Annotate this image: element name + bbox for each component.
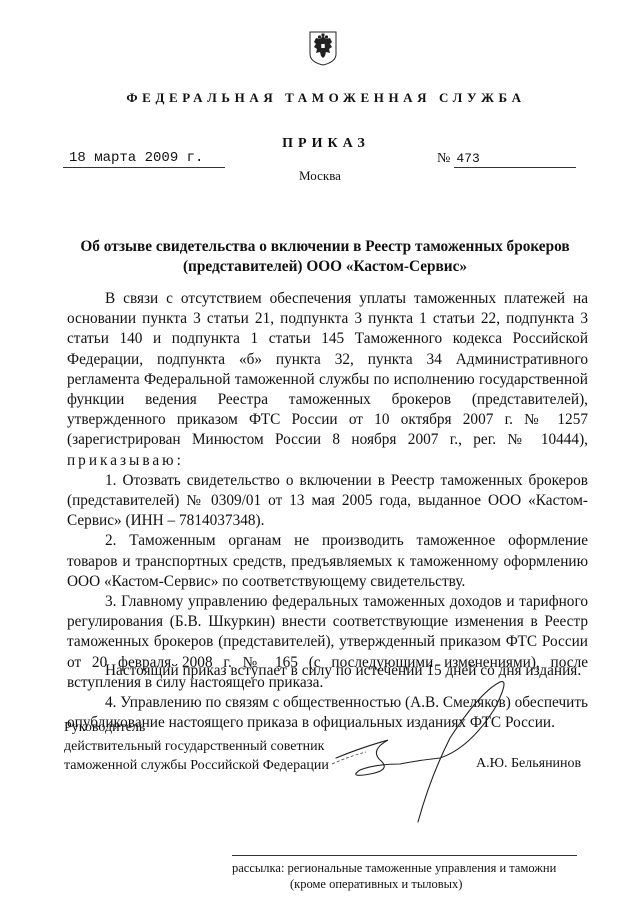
signatory-title-line-1: Руководитель	[64, 718, 329, 737]
order-word: приказываю:	[67, 452, 184, 469]
number-sign: №	[437, 150, 450, 167]
distribution-divider	[232, 855, 577, 856]
order-item-2: 2. Таможенным органам не производить там…	[67, 531, 588, 592]
agency-name: ФЕДЕРАЛЬНАЯ ТАМОЖЕННАЯ СЛУЖБА	[0, 90, 640, 106]
distribution-line-2: (кроме оперативных и тыловых)	[232, 876, 556, 892]
handwritten-signature-icon	[330, 678, 540, 828]
distribution-line-1: рассылка: региональные таможенные управл…	[232, 860, 556, 876]
order-subject: Об отзыве свидетельства о включении в Ре…	[60, 237, 590, 277]
city: Москва	[0, 168, 640, 184]
distribution-list: рассылка: региональные таможенные управл…	[232, 860, 556, 892]
subject-line-1: Об отзыве свидетельства о включении в Ре…	[60, 237, 590, 257]
signatory-title-line-3: таможенной службы Российской Федерации	[64, 756, 329, 775]
order-item-1: 1. Отозвать свидетельство о включении в …	[67, 471, 588, 532]
preamble: В связи с отсутствием обеспечения уплаты…	[67, 289, 588, 471]
preamble-text: В связи с отсутствием обеспечения уплаты…	[67, 290, 588, 448]
subject-line-2: (представителей) ООО «Кастом-Сервис»	[60, 257, 590, 277]
signatory-title: Руководитель действительный государствен…	[64, 718, 329, 775]
order-number-field: №473	[437, 150, 576, 168]
signer-name: А.Ю. Бельянинов	[476, 756, 581, 772]
coat-of-arms-icon	[308, 30, 338, 66]
signatory-title-line-2: действительный государственный советник	[64, 737, 329, 756]
order-number: 473	[454, 150, 576, 168]
order-date: 18 марта 2009 г.	[63, 150, 225, 168]
